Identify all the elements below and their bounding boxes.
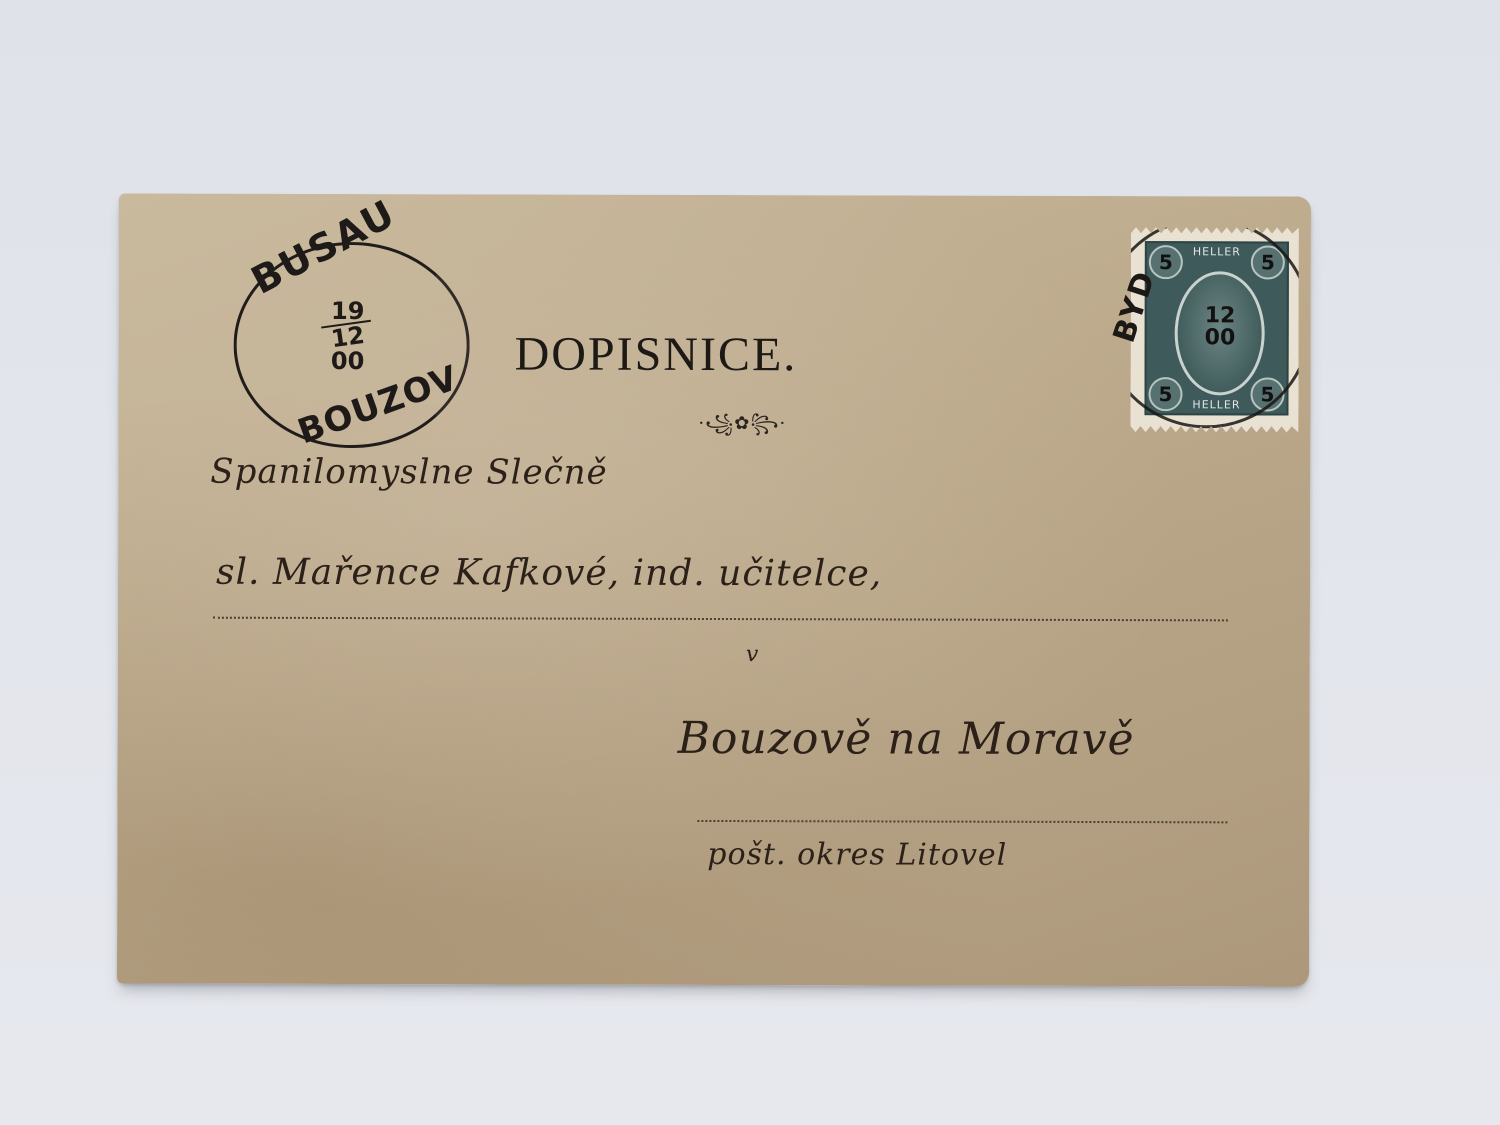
address-district: pošt. okres Litovel xyxy=(707,837,1007,873)
postmark-top-text: BUSAU xyxy=(244,191,403,303)
ornament-icon: ·꧁✿꧂· xyxy=(698,410,786,446)
bouzov-postmark: BUSAU 19 12 00 BOUZOV xyxy=(233,242,470,449)
postmark-bottom-text: BOUZOV xyxy=(293,358,464,452)
address-recipient: sl. Mařence Kafkové, ind. učitelce, xyxy=(216,552,882,595)
address-preposition: v xyxy=(746,642,759,667)
address-town: Bouzově na Moravě xyxy=(678,713,1135,765)
postmark-year: 00 xyxy=(323,349,373,373)
postmark-month: 12 xyxy=(321,320,374,353)
postcard-title: DOPISNICE. xyxy=(515,326,798,382)
address-rule-1 xyxy=(213,617,1228,622)
postcard: BUSAU 19 12 00 BOUZOV DOPISNICE. ·꧁✿꧂· H… xyxy=(117,193,1311,986)
address-rule-2 xyxy=(697,820,1227,823)
postmark-date: 19 12 00 xyxy=(323,299,373,373)
postage-stamp: HELLER 5 5 5 5 HELLER 12 00 xyxy=(1130,227,1299,432)
address-salutation: Spanilomyslne Slečně xyxy=(210,452,607,493)
